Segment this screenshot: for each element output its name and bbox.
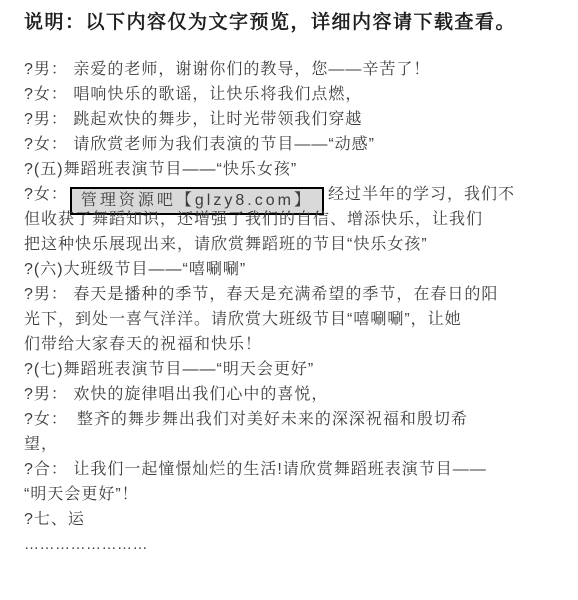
text-line: ?(五)舞蹈班表演节目——“快乐女孩” — [24, 157, 564, 182]
text-line: 把这种快乐展现出来，请欣赏舞蹈班的节目“快乐女孩” — [24, 232, 564, 257]
text-lines: ?男： 亲爱的老师，谢谢你们的教导，您——辛苦了！?女： 唱响快乐的歌谣，让快乐… — [24, 57, 564, 557]
text-line: ?男： 欢快的旋律唱出我们心中的喜悦， — [24, 382, 564, 407]
text-line: 但收获了舞蹈知识，还增强了我们的自信、增添快乐，让我们 — [24, 207, 564, 232]
text-line: 光下，到处一喜气洋洋。请欣赏大班级节目“嘻唰唰”，让她 — [24, 307, 564, 332]
text-line: 们带给大家春天的祝福和快乐！ — [24, 332, 564, 357]
text-line: “明天会更好”！ — [24, 482, 564, 507]
document-preview: 说明：以下内容仅为文字预览，详细内容请下载查看。 ?男： 亲爱的老师，谢谢你们的… — [0, 0, 578, 557]
preview-notice: 说明：以下内容仅为文字预览，详细内容请下载查看。 — [24, 10, 564, 36]
speaker-prefix: ?女： — [24, 186, 68, 203]
text-line: ?(七)舞蹈班表演节目——“明天会更好” — [24, 357, 564, 382]
text-line: ?(六)大班级节目——“嘻唰唰” — [24, 257, 564, 282]
text-line: ?男： 亲爱的老师，谢谢你们的教导，您——辛苦了！ — [24, 57, 564, 82]
ellipsis-line: …………………… — [24, 532, 564, 557]
text-line: ?女： 整齐的舞步舞出我们对美好未来的深深祝福和殷切希 — [24, 407, 564, 432]
text-line: ?女： 唱响快乐的歌谣，让快乐将我们点燃， — [24, 82, 564, 107]
text-line: ?合： 让我们一起憧憬灿烂的生活!请欣赏舞蹈班表演节目—— — [24, 457, 564, 482]
text-line: ?七、运 — [24, 507, 564, 532]
text-line: ?男： 春天是播种的季节，春天是充满希望的季节，在春日的阳 — [24, 282, 564, 307]
text-line: ?女： 请欣赏老师为我们表演的节目——“动感” — [24, 132, 564, 157]
text-line: ?女：管理资源吧【glzy8.com】经过半年的学习，我们不 — [24, 182, 564, 207]
text-line: ?男： 跳起欢快的舞步，让时光带领我们穿越 — [24, 107, 564, 132]
text-line: 望， — [24, 432, 564, 457]
line-suffix: 经过半年的学习，我们不 — [328, 186, 515, 203]
